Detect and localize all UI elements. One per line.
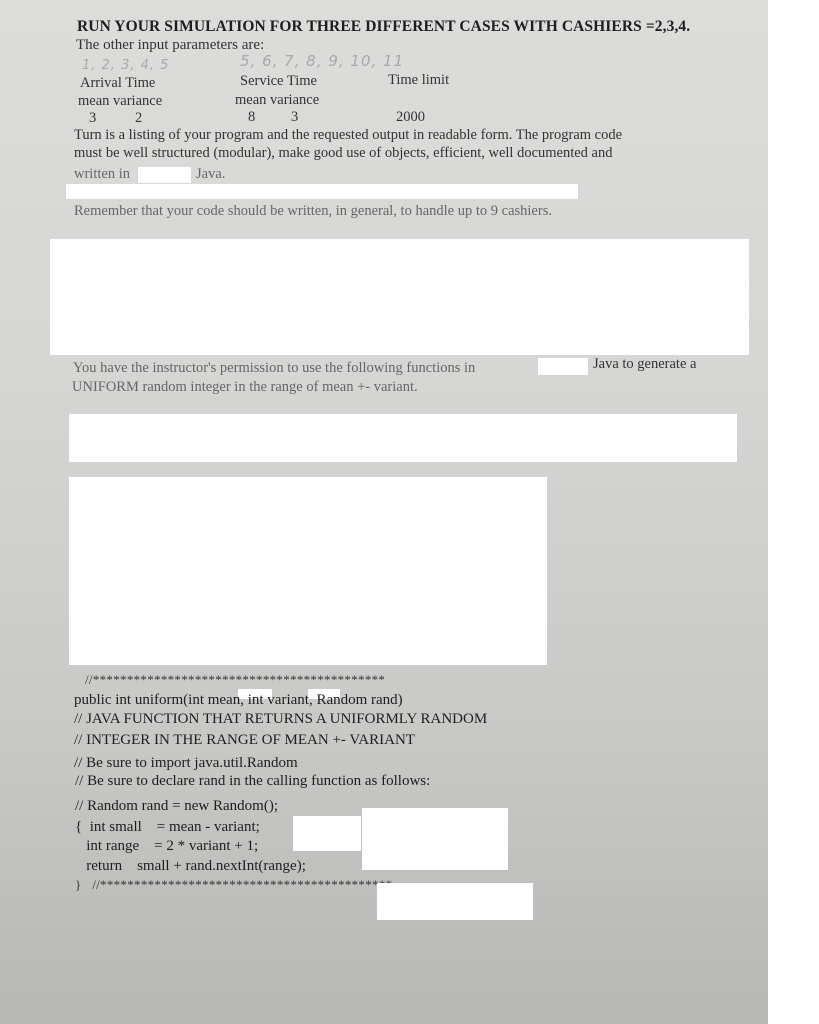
code-line: // JAVA FUNCTION THAT RETURNS A UNIFORML… — [74, 711, 487, 728]
redaction-box — [293, 816, 361, 851]
redaction-box — [138, 167, 191, 183]
code-line: // Be sure to import java.util.Random — [74, 755, 298, 772]
paper-page: RUN YOUR SIMULATION FOR THREE DIFFERENT … — [0, 0, 768, 1024]
permission-line-1a: You have the instructor's permission to … — [73, 360, 475, 377]
arrival-time-label: Arrival Time — [80, 75, 155, 92]
service-variance-value: 3 — [291, 109, 298, 126]
arrival-mean-value: 3 — [89, 110, 96, 127]
time-limit-value: 2000 — [396, 109, 425, 126]
redaction-box — [69, 477, 547, 665]
intro-text: The other input parameters are: — [76, 37, 264, 54]
reminder-text: Remember that your code should be writte… — [74, 203, 552, 220]
code-line: int range = 2 * variant + 1; — [75, 838, 258, 855]
code-stars-top: //**************************************… — [85, 672, 385, 688]
redaction-box — [66, 184, 578, 199]
code-line: // Random rand = new Random(); — [75, 798, 278, 815]
redaction-box — [69, 414, 737, 462]
service-mean-value: 8 — [248, 109, 255, 126]
redaction-box — [362, 808, 508, 870]
service-sublabel: mean variance — [235, 92, 319, 109]
time-limit-label: Time limit — [388, 72, 449, 89]
code-line: { int small = mean - variant; — [75, 819, 260, 836]
redaction-box — [377, 883, 533, 920]
instruction-line-2: must be well structured (modular), make … — [74, 145, 613, 162]
handwritten-service-note: 5, 6, 7, 8, 9, 10, 11 — [240, 52, 404, 70]
code-line: return small + rand.nextInt(range); — [75, 858, 306, 875]
service-time-label: Service Time — [240, 73, 317, 90]
permission-line-2: UNIFORM random integer in the range of m… — [72, 379, 418, 396]
handwritten-arrival-note: 1, 2, 3, 4, 5 — [82, 58, 169, 73]
code-closing: } //************************************… — [75, 877, 392, 893]
redaction-box — [538, 358, 588, 375]
page-title: RUN YOUR SIMULATION FOR THREE DIFFERENT … — [77, 18, 690, 36]
permission-line-1b: Java to generate a — [593, 356, 696, 373]
instruction-line-3a: written in — [74, 166, 130, 183]
code-line: // INTEGER IN THE RANGE OF MEAN +- VARIA… — [74, 732, 415, 749]
code-line: // Be sure to declare rand in the callin… — [75, 773, 430, 790]
redaction-box — [50, 239, 749, 355]
arrival-variance-value: 2 — [135, 110, 142, 127]
instruction-line-1: Turn is a listing of your program and th… — [74, 127, 622, 144]
instruction-line-3b: Java. — [196, 166, 225, 183]
arrival-sublabel: mean variance — [78, 93, 162, 110]
code-line: public int uniform(int mean, int variant… — [74, 692, 403, 709]
